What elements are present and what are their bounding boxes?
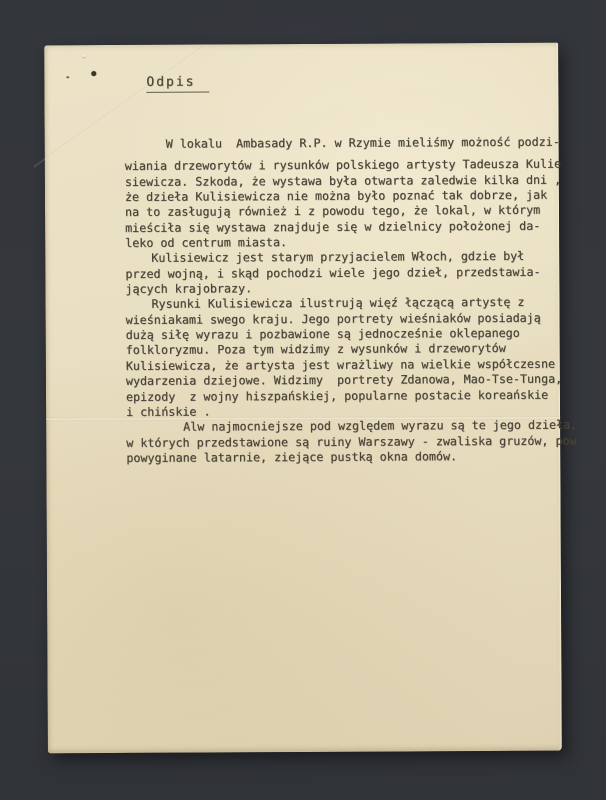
paragraph: Rysunki Kulisiewicza ilustrują więź łącz… [125,295,596,420]
text-line: Alw najmocniejsze pod względem wyrazu są… [126,418,596,436]
document-title: Odpis [146,74,209,92]
text-line: wydarzenia dziejowe. Widzimy portrety Zd… [126,372,596,390]
text-line: mieściła się wystawa znajduje się w dzie… [125,218,595,236]
text-line: epizody z wojny hiszpańskiej, popularne … [126,387,596,405]
paper-speck [91,71,96,76]
paper-speck [82,54,85,57]
text-line: powyginane latarnie, ziejące pustką okna… [126,448,596,466]
document-page: Odpis W lokalu Ambasady R.P. w Rzymie mi… [44,43,562,754]
paragraph: Kulisiewicz jest starym przyjacielem Wło… [125,249,595,297]
text-line: przed wojną, i skąd pochodzi wiele jego … [125,264,595,282]
document-body: W lokalu Ambasady R.P. w Rzymie mieliśmy… [125,134,597,466]
paper-speck [66,76,69,78]
text-line: W lokalu Ambasady R.P. w Rzymie mieliśmy… [125,134,595,152]
photo-background: Odpis W lokalu Ambasady R.P. w Rzymie mi… [0,0,606,800]
text-line: wieśniakami swego kraju. Jego portrety w… [126,310,596,328]
paragraph: W lokalu Ambasady R.P. w Rzymie mieliśmy… [125,134,596,251]
text-line: w których przedstawione są ruiny Warszaw… [126,433,596,451]
paragraph: Alw najmocniejsze pod względem wyrazu są… [126,418,596,466]
